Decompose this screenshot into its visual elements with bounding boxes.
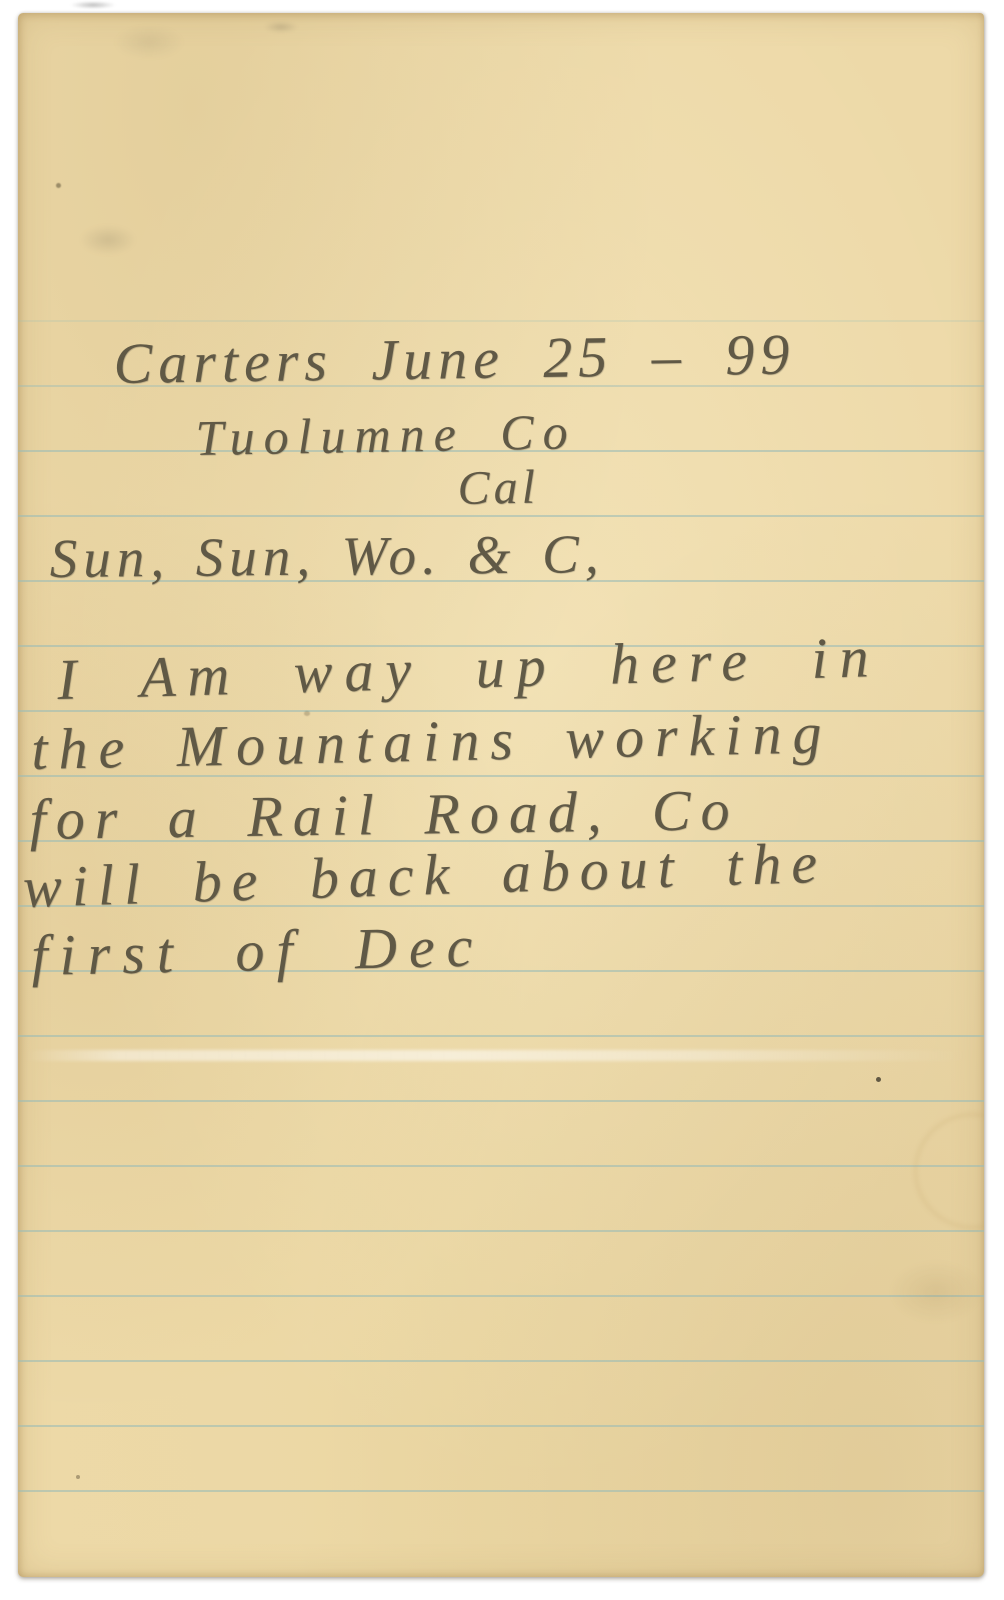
rule-line xyxy=(18,1230,984,1232)
rule-line xyxy=(18,320,984,322)
rule-line xyxy=(18,1360,984,1362)
age-speck xyxy=(76,1475,80,1479)
fold-crease xyxy=(24,1050,970,1061)
rule-line xyxy=(18,1035,984,1037)
ink-speck xyxy=(876,1077,881,1082)
age-smudge xyxy=(264,21,298,33)
letter-addressee-line: Sun, Sun, Wo. & C, xyxy=(50,526,605,586)
letter-paper: Carters June 25 – 99 Tuolumne Co Cal Sun… xyxy=(18,13,984,1577)
rule-line xyxy=(18,1490,984,1492)
letter-place-date-line: Carters June 25 – 99 xyxy=(113,325,795,393)
age-blotch xyxy=(890,1261,982,1323)
age-speck xyxy=(56,183,61,188)
scanned-letter-page: Carters June 25 – 99 Tuolumne Co Cal Sun… xyxy=(0,0,1004,1600)
letter-body-line: first of Dec xyxy=(31,918,485,985)
rule-line xyxy=(18,1100,984,1102)
scanner-margin-smudge xyxy=(70,1,116,9)
letter-county-line: Tuolumne Co xyxy=(195,406,577,463)
rule-line xyxy=(18,1425,984,1427)
letter-state-line: Cal xyxy=(457,464,539,513)
age-smudge xyxy=(114,25,184,59)
rule-line xyxy=(18,1165,984,1167)
rule-line xyxy=(18,1295,984,1297)
rule-line xyxy=(18,515,984,517)
age-smudge xyxy=(80,225,136,255)
